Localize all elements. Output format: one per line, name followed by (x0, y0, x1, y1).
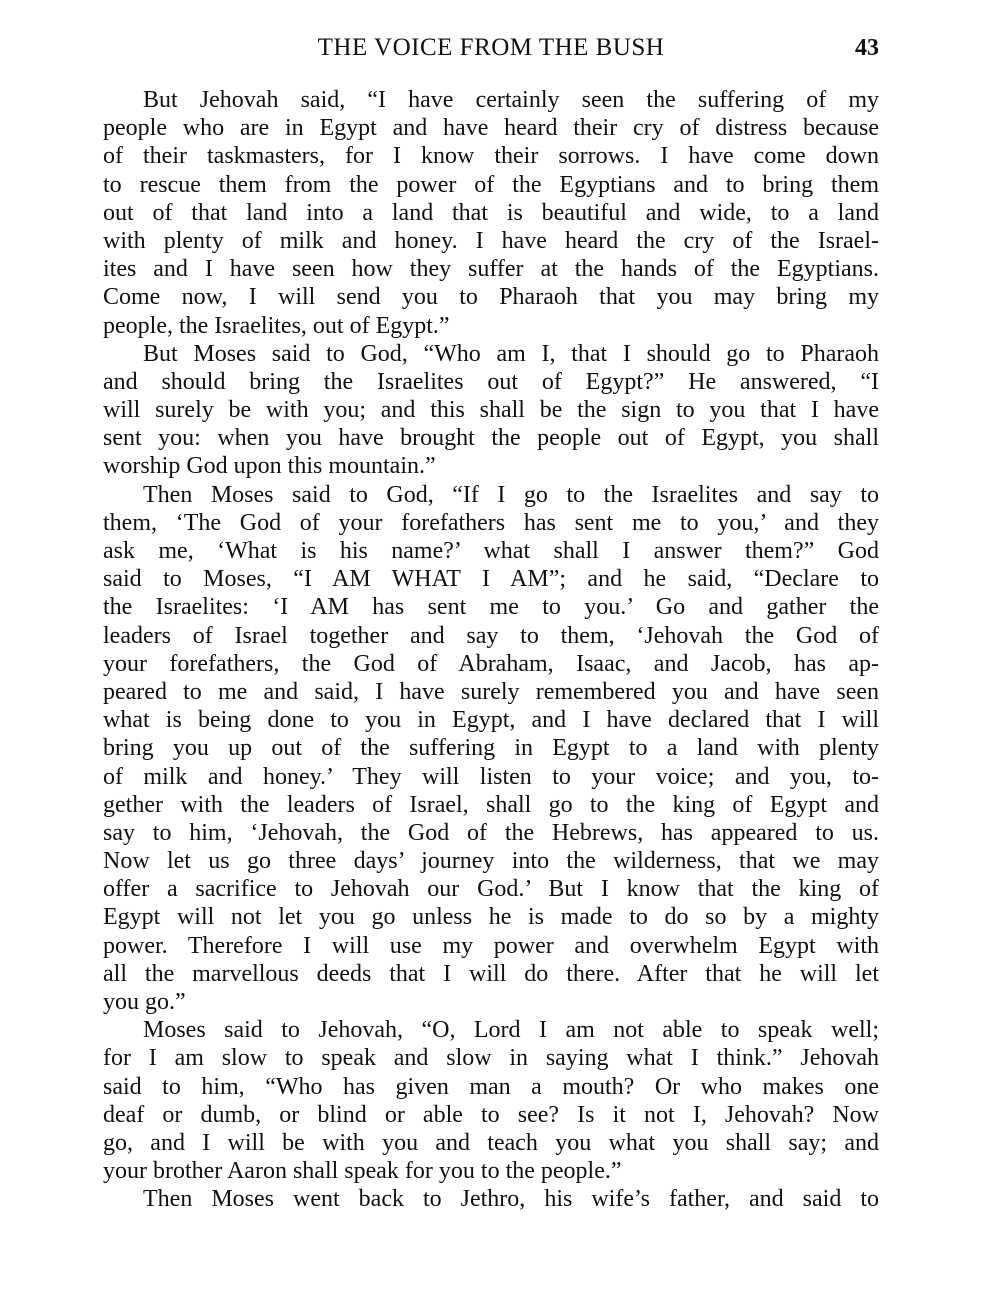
text-line: Then Moses went back to Jethro, his wife… (103, 1185, 879, 1213)
text-line: Now let us go three days’ journey into t… (103, 847, 879, 875)
text-line: But Moses said to God, “Who am I, that I… (103, 340, 879, 368)
text-line: people, the Israelites, out of Egypt.” (103, 312, 879, 340)
text-line: your forefathers, the God of Abraham, Is… (103, 650, 879, 678)
book-page: THE VOICE FROM THE BUSH 43 But Jehovah s… (0, 0, 1000, 1298)
text-line: out of that land into a land that is bea… (103, 199, 879, 227)
text-line: Egypt will not let you go unless he is m… (103, 903, 879, 931)
text-line: you go.” (103, 988, 879, 1016)
text-line: gether with the leaders of Israel, shall… (103, 791, 879, 819)
text-line: your brother Aaron shall speak for you t… (103, 1157, 879, 1185)
text-line: and should bring the Israelites out of E… (103, 368, 879, 396)
chapter-title: THE VOICE FROM THE BUSH (103, 30, 879, 66)
text-line: ask me, ‘What is his name?’ what shall I… (103, 537, 879, 565)
text-line: the Israelites: ‘I AM has sent me to you… (103, 593, 879, 621)
text-line: Then Moses said to God, “If I go to the … (103, 481, 879, 509)
text-line: leaders of Israel together and say to th… (103, 622, 879, 650)
text-line: of milk and honey.’ They will listen to … (103, 763, 879, 791)
text-line: deaf or dumb, or blind or able to see? I… (103, 1101, 879, 1129)
text-line: Come now, I will send you to Pharaoh tha… (103, 283, 879, 311)
text-line: people who are in Egypt and have heard t… (103, 114, 879, 142)
text-line: for I am slow to speak and slow in sayin… (103, 1044, 879, 1072)
text-line: said to Moses, “I AM WHAT I AM”; and he … (103, 565, 879, 593)
text-line: said to him, “Who has given man a mouth?… (103, 1073, 879, 1101)
text-line: worship God upon this mountain.” (103, 452, 879, 480)
text-line: offer a sacrifice to Jehovah our God.’ B… (103, 875, 879, 903)
text-line: will surely be with you; and this shall … (103, 396, 879, 424)
text-line: say to him, ‘Jehovah, the God of the Heb… (103, 819, 879, 847)
text-line: But Jehovah said, “I have certainly seen… (103, 86, 879, 114)
text-line: them, ‘The God of your forefathers has s… (103, 509, 879, 537)
text-line: all the marvellous deeds that I will do … (103, 960, 879, 988)
text-line: go, and I will be with you and teach you… (103, 1129, 879, 1157)
text-line: what is being done to you in Egypt, and … (103, 706, 879, 734)
text-line: sent you: when you have brought the peop… (103, 424, 879, 452)
running-header: THE VOICE FROM THE BUSH 43 (103, 30, 879, 66)
page-number: 43 (855, 30, 879, 66)
text-line: to rescue them from the power of the Egy… (103, 171, 879, 199)
text-line: power. Therefore I will use my power and… (103, 932, 879, 960)
text-line: with plenty of milk and honey. I have he… (103, 227, 879, 255)
text-line: of their taskmasters, for I know their s… (103, 142, 879, 170)
text-line: Moses said to Jehovah, “O, Lord I am not… (103, 1016, 879, 1044)
body-text: But Jehovah said, “I have certainly seen… (103, 86, 879, 1214)
text-line: peared to me and said, I have surely rem… (103, 678, 879, 706)
text-line: bring you up out of the suffering in Egy… (103, 734, 879, 762)
text-line: ites and I have seen how they suffer at … (103, 255, 879, 283)
